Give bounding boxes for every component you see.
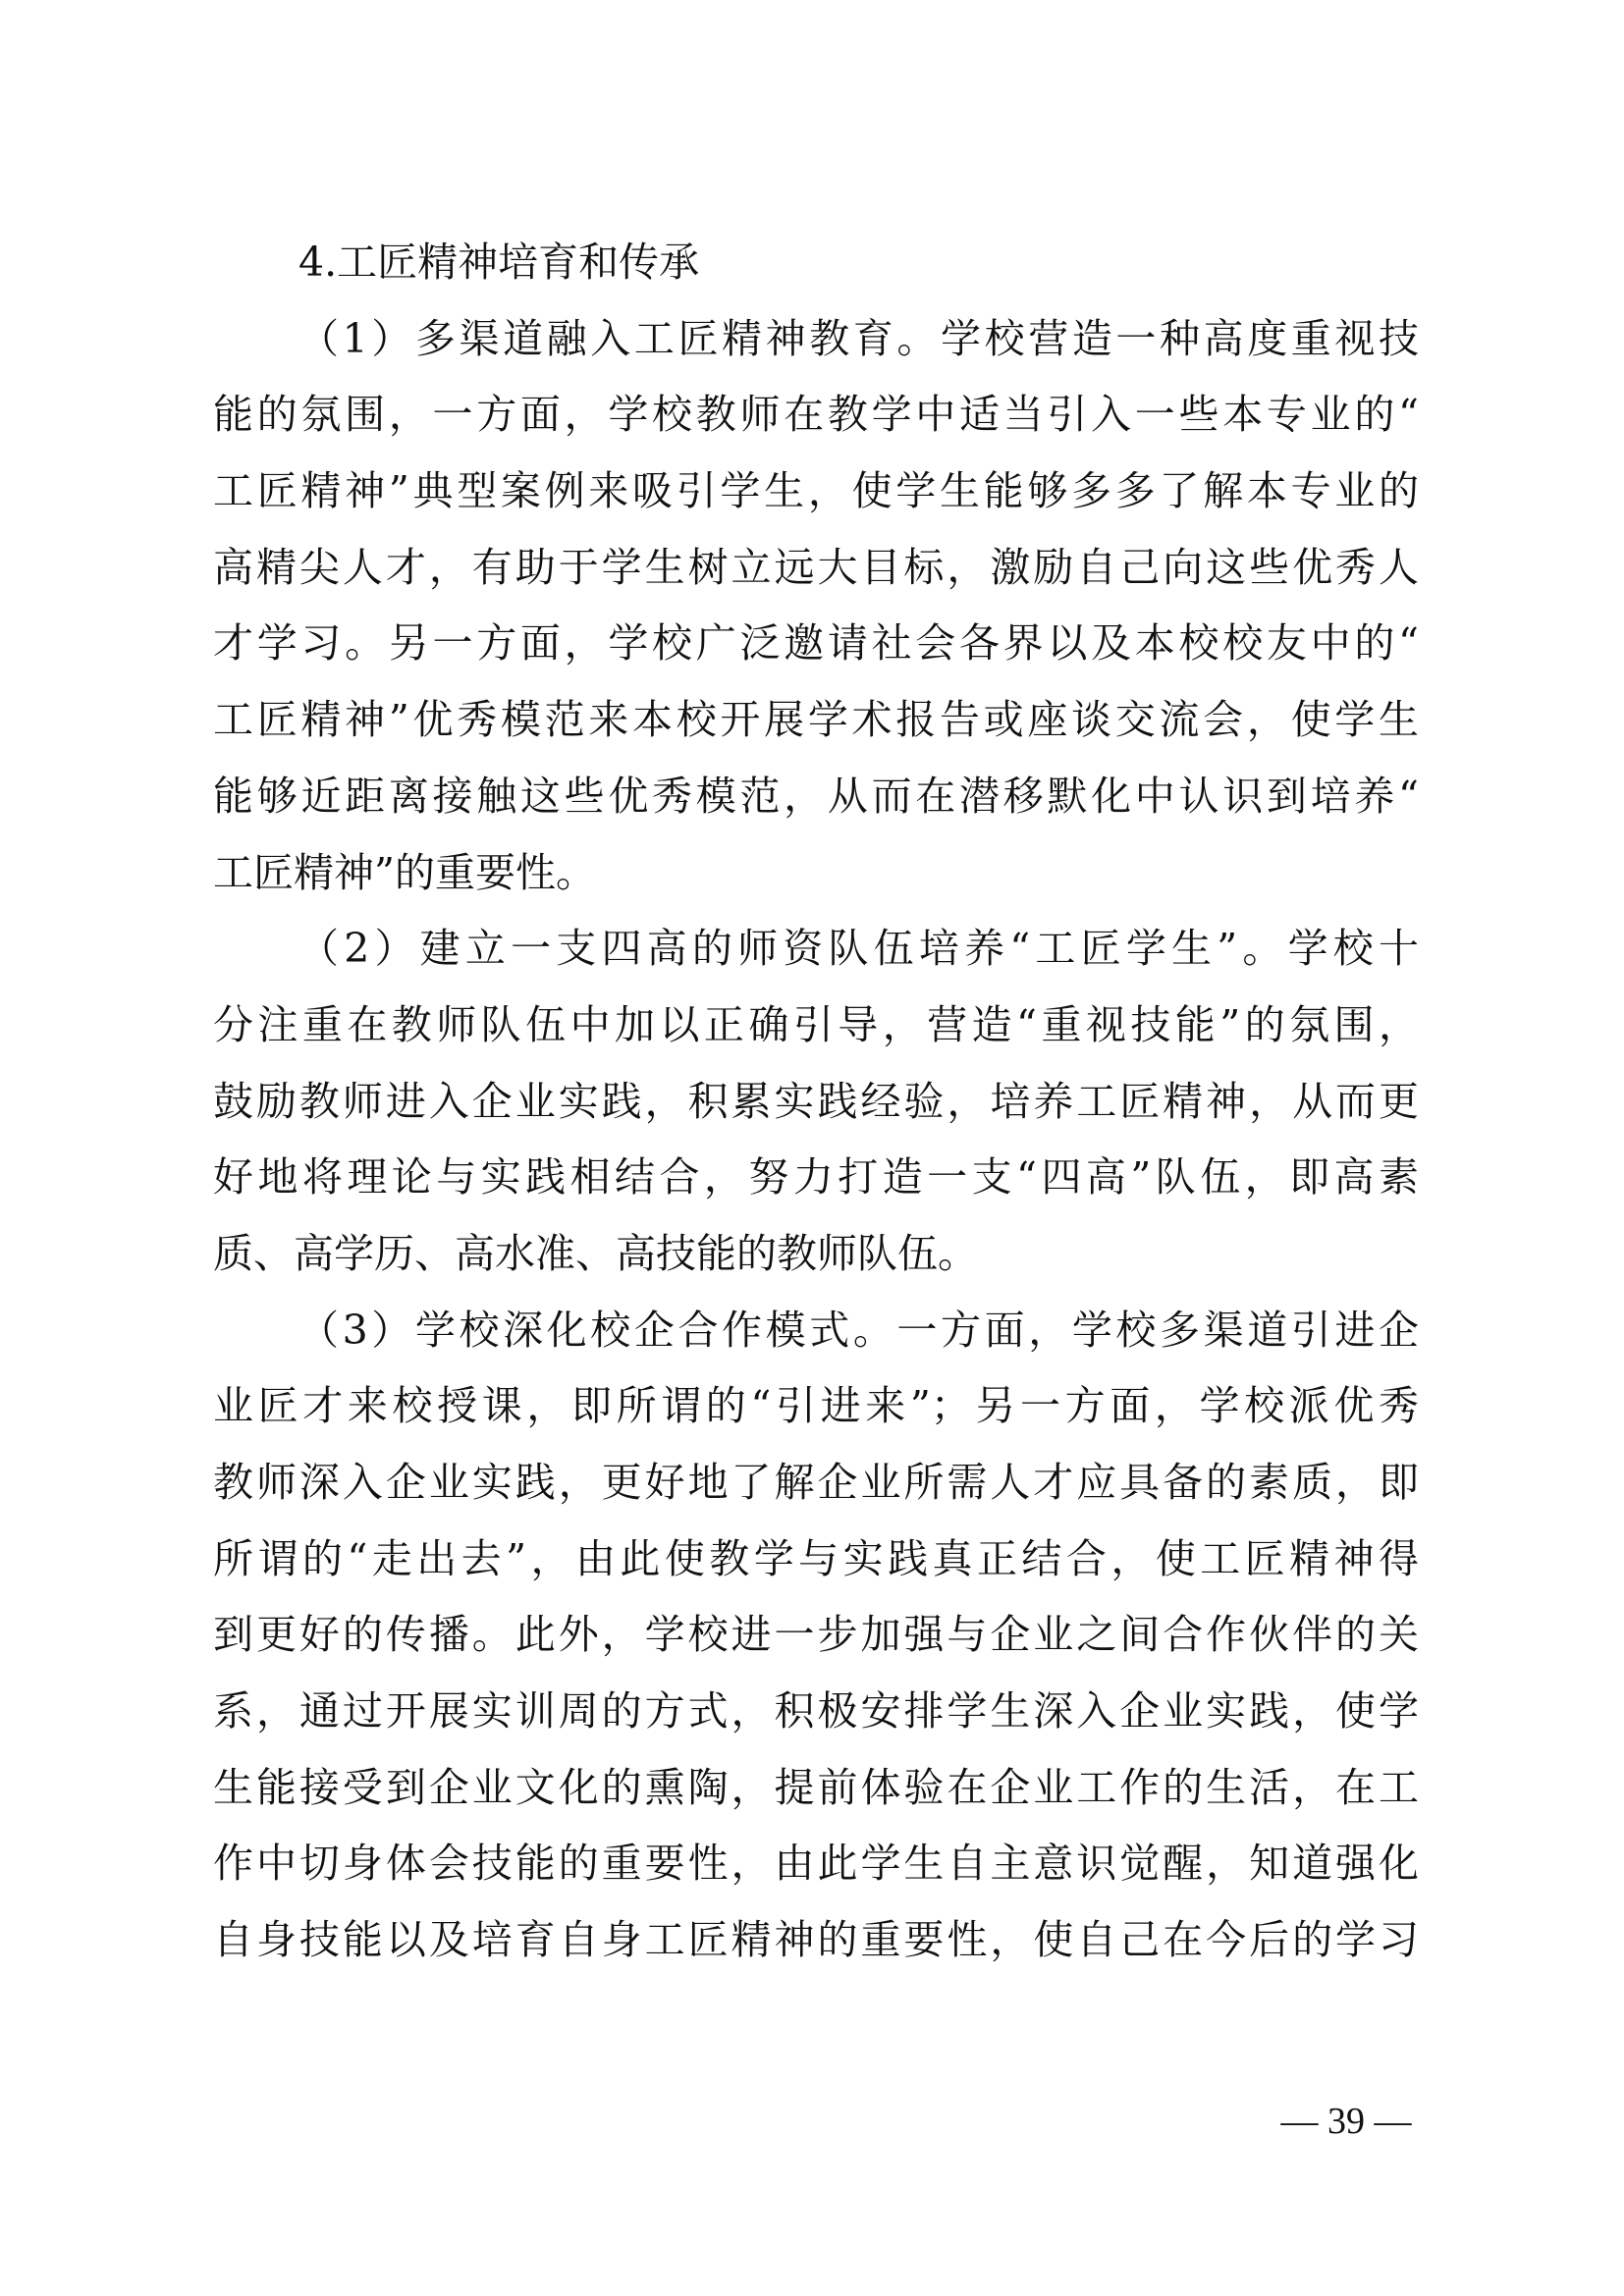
section-heading: 4.工匠精神培育和传承 [213, 225, 1419, 301]
paragraph-2-line: （2）建立一支四高的师资队伍培养“工匠学生”。学校十 [213, 911, 1419, 988]
paragraph-3-line: 业匠才来校授课，即所谓的“引进来”；另一方面，学校派优秀 [213, 1368, 1419, 1445]
paragraph-1-line: 工匠精神”的重要性。 [213, 835, 1419, 912]
document-page: 4.工匠精神培育和传承 （1）多渠道融入工匠精神教育。学校营造一种高度重视技 能… [0, 0, 1624, 2296]
paragraph-2-line: 好地将理论与实践相结合，努力打造一支“四高”队伍，即高素 [213, 1140, 1419, 1216]
paragraph-1-line: 高精尖人才，有助于学生树立远大目标，激励自己向这些优秀人 [213, 530, 1419, 607]
paragraph-1-line: 能够近距离接触这些优秀模范，从而在潜移默化中认识到培养“ [213, 759, 1419, 835]
paragraph-1-line: 工匠精神”优秀模范来本校开展学术报告或座谈交流会，使学生 [213, 682, 1419, 759]
paragraph-3-line: 作中切身体会技能的重要性，由此学生自主意识觉醒，知道强化 [213, 1826, 1419, 1902]
paragraph-3-line: 系，通过开展实训周的方式，积极安排学生深入企业实践，使学 [213, 1674, 1419, 1750]
paragraph-3-line: 生能接受到企业文化的熏陶，提前体验在企业工作的生活，在工 [213, 1750, 1419, 1827]
paragraph-1-line: 能的氛围，一方面，学校教师在教学中适当引入一些本专业的“ [213, 377, 1419, 454]
paragraph-3-line: 自身技能以及培育自身工匠精神的重要性，使自己在今后的学习 [213, 1902, 1419, 1979]
paragraph-2-line: 鼓励教师进入企业实践，积累实践经验，培养工匠精神，从而更 [213, 1064, 1419, 1141]
paragraph-3-line: 到更好的传播。此外，学校进一步加强与企业之间合作伙伴的关 [213, 1597, 1419, 1674]
page-number: — 39 — [1267, 2099, 1426, 2144]
paragraph-2-line: 分注重在教师队伍中加以正确引导，营造“重视技能”的氛围， [213, 988, 1419, 1064]
paragraph-1-line: 工匠精神”典型案例来吸引学生，使学生能够多多了解本专业的 [213, 454, 1419, 530]
paragraph-1-line: （1）多渠道融入工匠精神教育。学校营造一种高度重视技 [213, 301, 1419, 378]
paragraph-1-line: 才学习。另一方面，学校广泛邀请社会各界以及本校校友中的“ [213, 606, 1419, 682]
paragraph-2-line: 质、高学历、高水准、高技能的教师队伍。 [213, 1216, 1419, 1293]
paragraph-3-line: （3）学校深化校企合作模式。一方面，学校多渠道引进企 [213, 1293, 1419, 1369]
paragraph-3-line: 教师深入企业实践，更好地了解企业所需人才应具备的素质，即 [213, 1445, 1419, 1522]
paragraph-3-line: 所谓的“走出去”，由此使教学与实践真正结合，使工匠精神得 [213, 1522, 1419, 1598]
body-text: 4.工匠精神培育和传承 （1）多渠道融入工匠精神教育。学校营造一种高度重视技 能… [213, 225, 1419, 1979]
